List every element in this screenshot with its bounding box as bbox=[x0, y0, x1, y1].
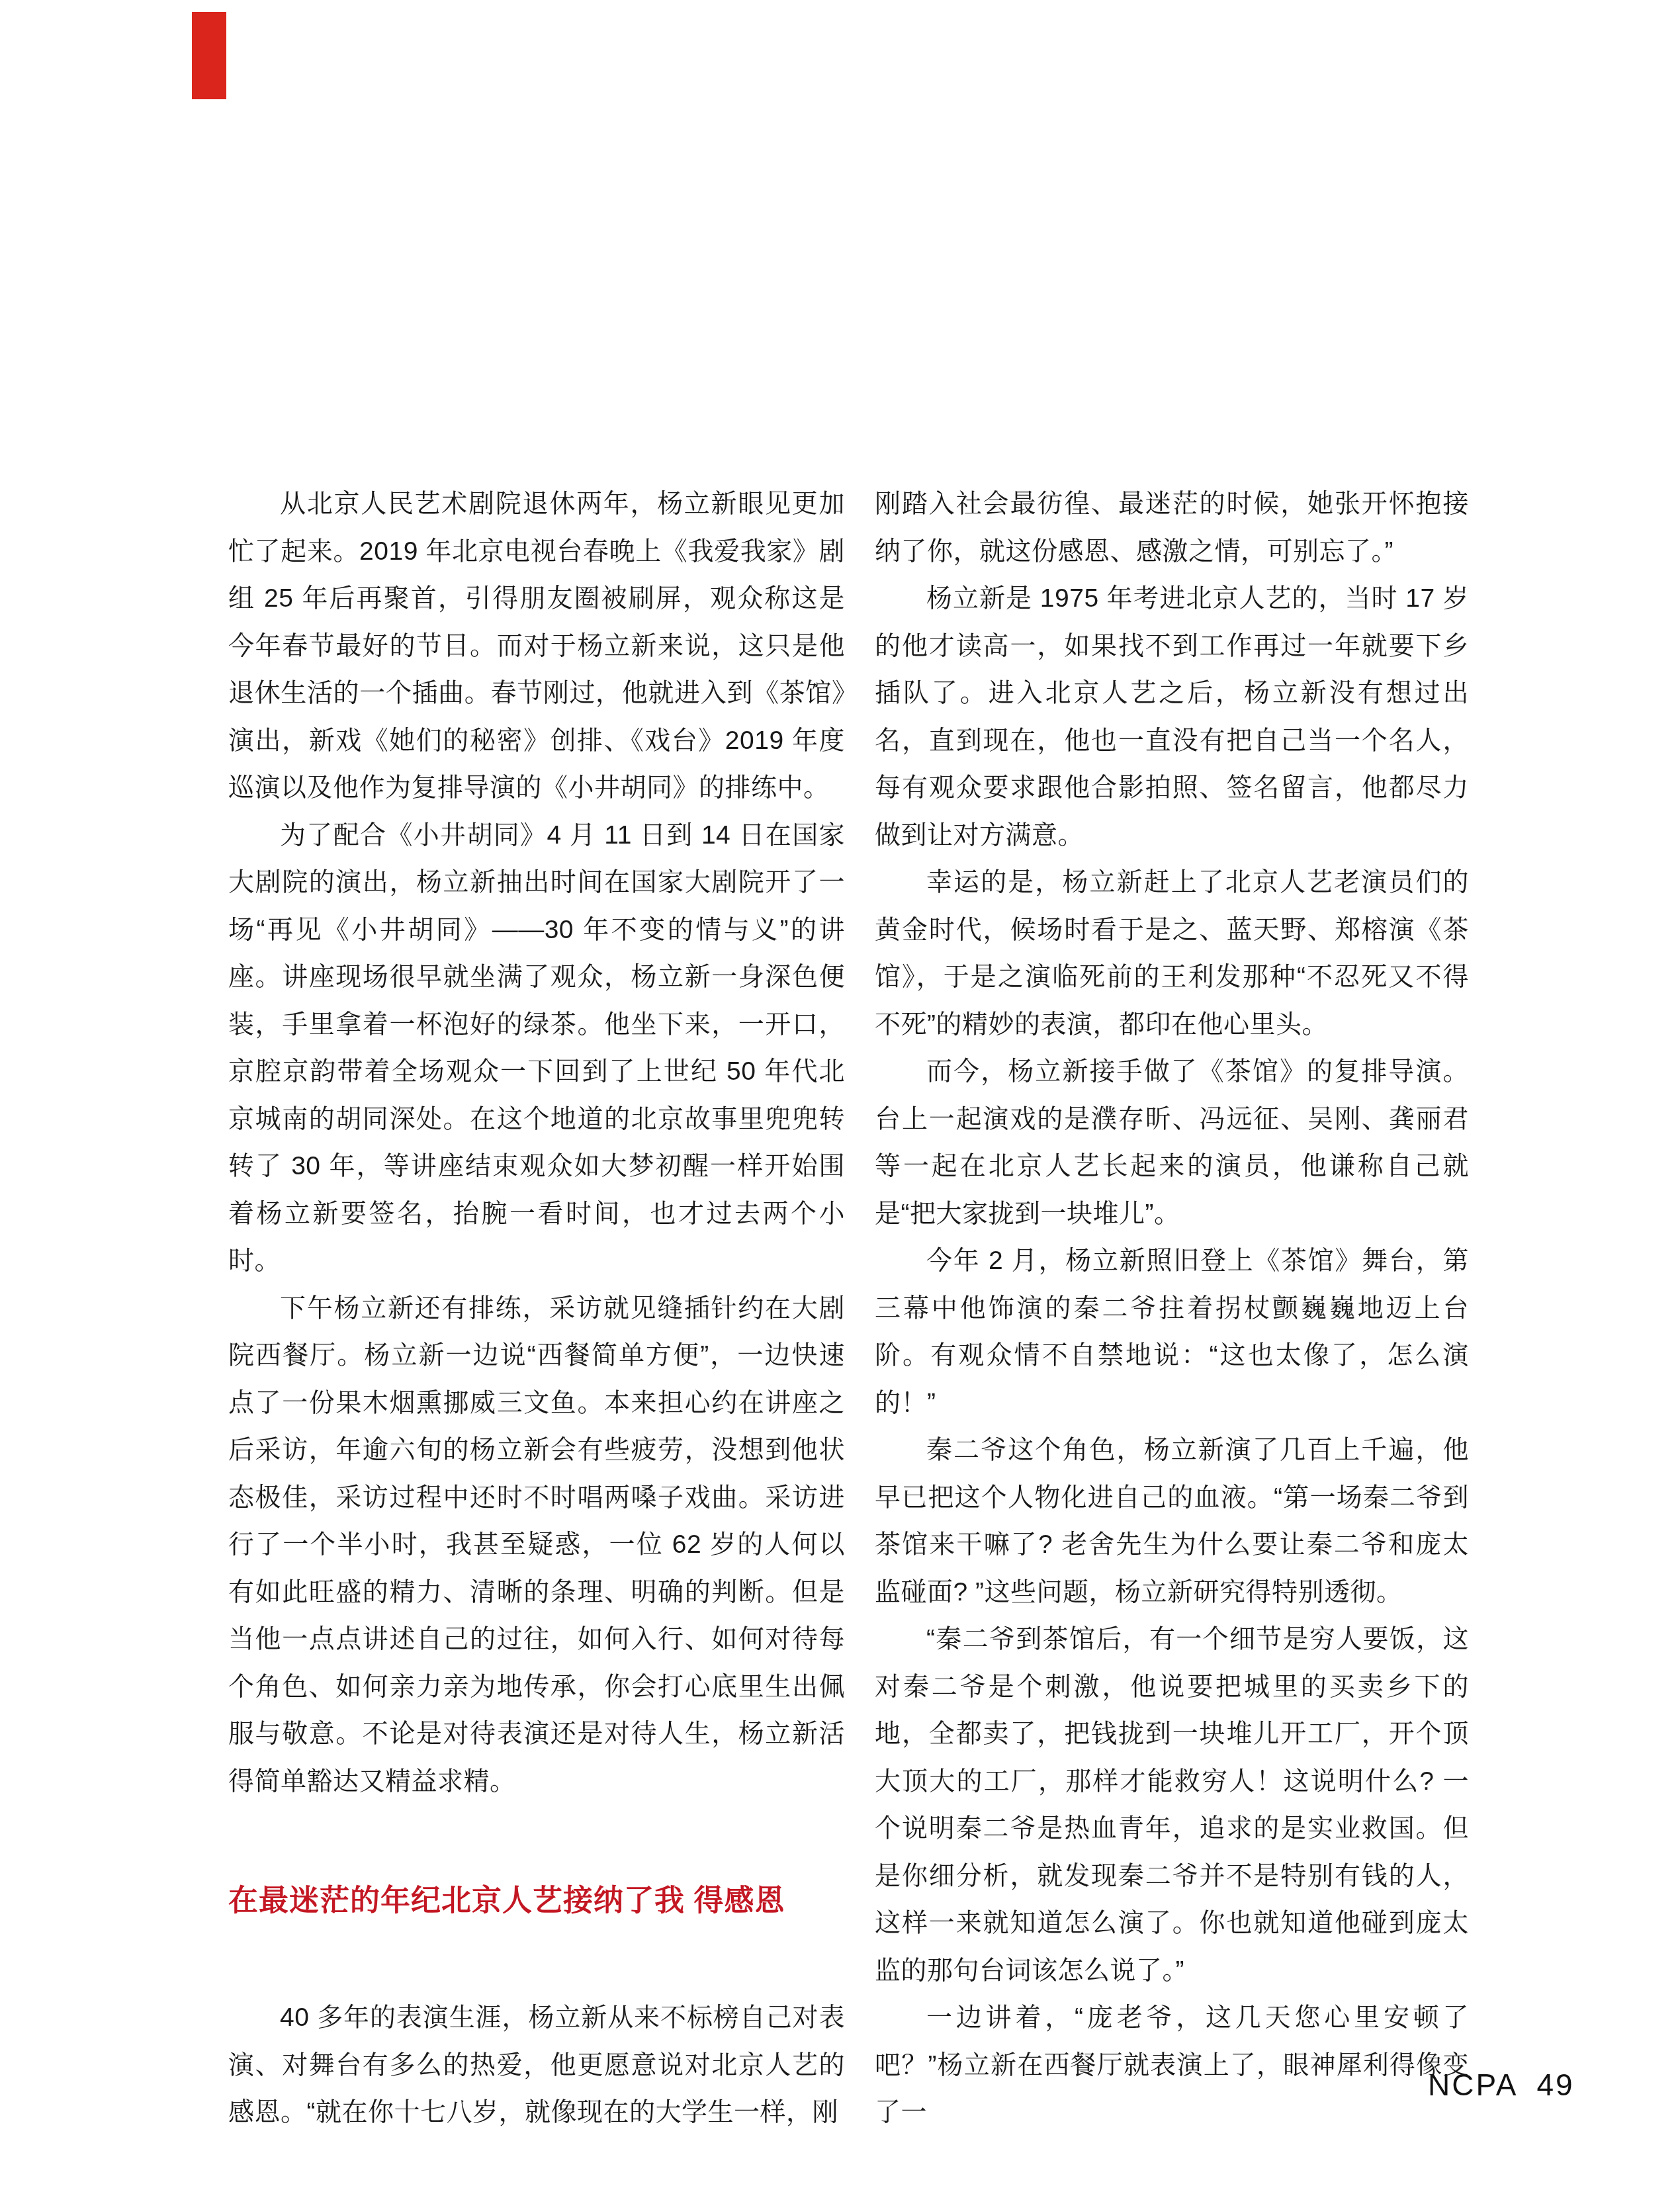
paragraph: 今年 2 月，杨立新照旧登上《茶馆》舞台，第三幕中他饰演的秦二爷拄着拐杖颤巍巍地… bbox=[875, 1237, 1469, 1426]
magazine-page: 从北京人民艺术剧院退休两年，杨立新眼见更加忙了起来。2019 年北京电视台春晚上… bbox=[0, 0, 1680, 2188]
paragraph: 幸运的是，杨立新赶上了北京人艺老演员们的黄金时代，候场时看于是之、蓝天野、郑榕演… bbox=[875, 859, 1469, 1048]
section-heading: 在最迷茫的年纪北京人艺接纳了我 得感恩 bbox=[228, 1882, 845, 1920]
paragraph: 杨立新是 1975 年考进北京人艺的，当时 17 岁的他才读高一，如果找不到工作… bbox=[875, 575, 1469, 859]
paragraph: 而今，杨立新接手做了《茶馆》的复排导演。台上一起演戏的是濮存昕、冯远征、吴刚、龚… bbox=[875, 1048, 1469, 1237]
paragraph: 40 多年的表演生涯，杨立新从来不标榜自己对表演、对舞台有多么的热爱，他更愿意说… bbox=[228, 1994, 845, 2136]
paragraph: 下午杨立新还有排练，采访就见缝插针约在大剧院西餐厅。杨立新一边说“西餐简单方便”… bbox=[228, 1285, 845, 1806]
paragraph: 从北京人民艺术剧院退休两年，杨立新眼见更加忙了起来。2019 年北京电视台春晚上… bbox=[228, 480, 845, 812]
paragraph: 为了配合《小井胡同》4 月 11 日到 14 日在国家大剧院的演出，杨立新抽出时… bbox=[228, 812, 845, 1285]
paragraph: 一边讲着，“庞老爷，这几天您心里安顿了吧？”杨立新在西餐厅就表演上了，眼神犀利得… bbox=[875, 1994, 1469, 2136]
right-text-column: 刚踏入社会最彷徨、最迷茫的时候，她张开怀抱接纳了你，就这份感恩、感激之情，可别忘… bbox=[875, 480, 1469, 2136]
left-text-column: 从北京人民艺术剧院退休两年，杨立新眼见更加忙了起来。2019 年北京电视台春晚上… bbox=[228, 480, 845, 2136]
paragraph-continuation: 刚踏入社会最彷徨、最迷茫的时候，她张开怀抱接纳了你，就这份感恩、感激之情，可别忘… bbox=[875, 480, 1469, 575]
page-number: 49 bbox=[1536, 2068, 1574, 2102]
page-footer: NCPA49 bbox=[1428, 2068, 1575, 2101]
paragraph: 秦二爷这个角色，杨立新演了几百上千遍，他早已把这个人物化进自己的血液。“第一场秦… bbox=[875, 1426, 1469, 1616]
paragraph: “秦二爷到茶馆后，有一个细节是穷人要饭，这对秦二爷是个刺激，他说要把城里的买卖乡… bbox=[875, 1616, 1469, 1994]
journal-code: NCPA bbox=[1428, 2068, 1518, 2102]
red-corner-mark bbox=[192, 12, 226, 99]
